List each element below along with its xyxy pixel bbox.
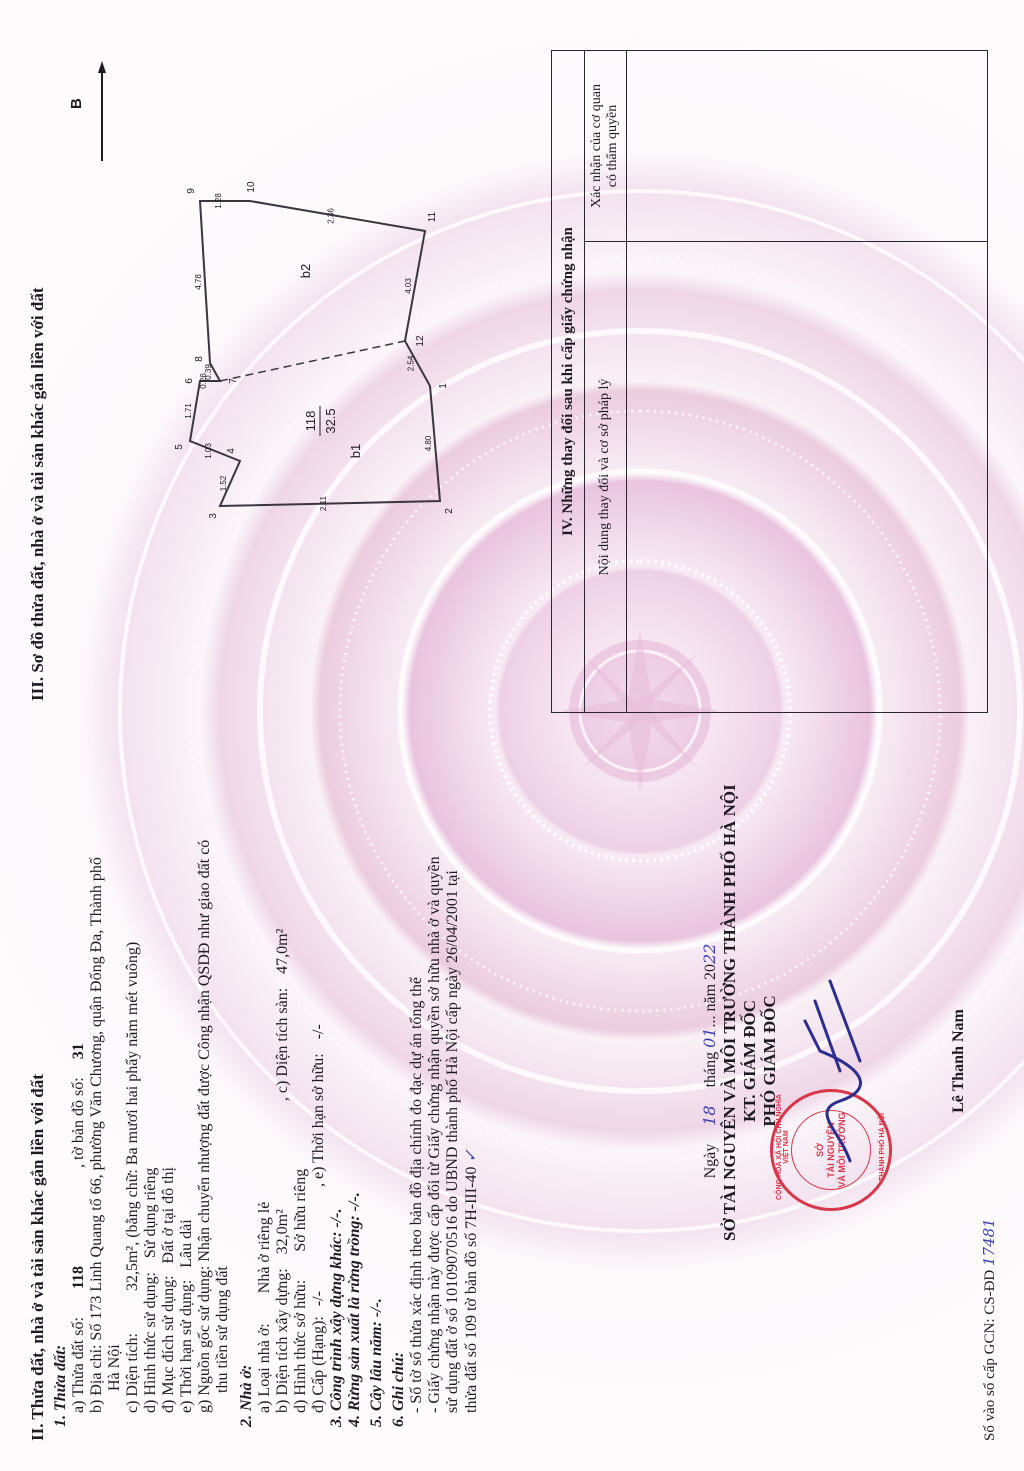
- area-value: 32,5m², (bằng chữ: Ba mươi hai phẩy năm …: [124, 942, 141, 1291]
- parcel-number-label: 118: [303, 411, 318, 432]
- block-divider: [220, 341, 405, 381]
- changes-content-cell: [626, 241, 987, 712]
- land-parcel-info: 1. Thửa đất: a) Thửa đất số: 118 , tờ bả…: [52, 840, 481, 1441]
- point-label: 11: [427, 211, 438, 222]
- edge-length: 2.36: [327, 208, 336, 224]
- other-construction: 3. Công trình xây dựng khác: -/-.: [328, 840, 346, 1441]
- notes-heading: 6. Ghi chú:: [390, 840, 408, 1441]
- changes-confirmation-cell: [626, 51, 987, 241]
- parcel-boundary: [190, 201, 440, 506]
- issuing-authority: SỞ TÀI NGUYÊN VÀ MÔI TRƯỜNG THÀNH PHỐ HÀ…: [720, 881, 740, 1241]
- edge-length: 1.52: [219, 475, 228, 491]
- point-label: 12: [415, 335, 426, 347]
- edge-length: 1.28: [214, 193, 223, 209]
- area-row: c) Diện tích: 32,5m², (bằng chữ: Ba mươi…: [124, 840, 142, 1441]
- land-heading: 1. Thửa đất:: [52, 840, 70, 1441]
- note-line: sử dụng đất ở số 10109070516 do UBND thà…: [444, 840, 462, 1441]
- ownership-row: d) Hình thức sở hữu: Sở hữu riêng: [292, 840, 310, 1441]
- edge-length: 2.54: [407, 355, 416, 371]
- point-label: 2: [444, 508, 455, 514]
- point-label: 5: [174, 444, 185, 450]
- register-number: Số vào sổ cấp GCN: CS-ĐD 17481: [980, 1218, 999, 1441]
- edge-length: 4.80: [424, 435, 433, 451]
- point-label: 6: [184, 378, 195, 384]
- edge-length: 0.39: [204, 364, 213, 380]
- address-value: Số 173 Linh Quang tổ 66, phường Văn Chươ…: [88, 857, 105, 1340]
- signature-block: Ngày 18 tháng 01... năm 2022 SỞ TÀI NGUY…: [700, 881, 780, 1241]
- on-behalf-label: KT. GIÁM ĐỐC: [740, 881, 760, 1241]
- point-label: 7: [228, 378, 239, 384]
- map-sheet-number: 31: [70, 1043, 87, 1059]
- issue-date: Ngày 18 tháng 01... năm 2022: [700, 881, 720, 1241]
- grade-row: đ) Cấp (Hạng): -/- , e) Thời hạn sở hữu:…: [310, 840, 328, 1441]
- house-type-row: a) Loại nhà ở: Nhà ở riêng lẻ: [256, 840, 274, 1441]
- column-header-confirmation: Xác nhận của cơ quan có thẩm quyền: [584, 51, 626, 241]
- point-label: 3: [208, 513, 219, 519]
- use-form-row: d) Hình thức sử dụng: Sử dụng riêng: [142, 840, 160, 1441]
- use-term-row: e) Thời hạn sử dụng: Lâu dài: [178, 840, 196, 1441]
- perennial-trees: 5. Cây lâu năm: -/-.: [368, 840, 386, 1441]
- point-label: 1: [438, 383, 449, 389]
- land-certificate-page: II. Thửa đất, nhà ở và tài sản khác gắn …: [0, 0, 1024, 1471]
- use-purpose-row: đ) Mục đích sử dụng: Đất ở tại đô thị: [160, 840, 178, 1441]
- section-iii-title: III. Sơ đồ thửa đất, nhà ở và tài sản kh…: [28, 288, 48, 702]
- parcel-number-row: a) Thửa đất số: 118 , tờ bản đồ số: 31: [70, 840, 88, 1441]
- section-iv-title: IV. Những thay đổi sau khi cấp giấy chứn…: [552, 51, 585, 712]
- edge-length: 4.78: [194, 274, 203, 290]
- built-area-row: b) Diện tích xây dựng: 32,0m² , c) Diện …: [274, 840, 292, 1441]
- house-heading: 2. Nhà ở:: [238, 840, 256, 1441]
- changes-table: IV. Những thay đổi sau khi cấp giấy chứn…: [551, 50, 988, 713]
- point-label: 4: [226, 448, 237, 454]
- edge-length: 2.11: [319, 495, 328, 511]
- note-line: - Giấy chứng nhận này được cấp đổi từ Gi…: [426, 840, 444, 1441]
- checkmark-icon: ✓: [461, 1149, 480, 1162]
- edge-length: 1.71: [184, 403, 193, 419]
- column-header-content: Nội dung thay đổi và cơ sở pháp lý: [584, 241, 626, 712]
- note-line: thửa đất số 109 tờ bản đồ số 7H-III-40 ✓: [462, 840, 481, 1441]
- edge-length: 4.03: [404, 278, 413, 294]
- section-ii-title: II. Thửa đất, nhà ở và tài sản khác gắn …: [28, 1074, 48, 1441]
- signature-icon: [780, 971, 900, 1171]
- edge-length: 1.03: [204, 443, 213, 459]
- production-forest: 4. Rừng sản xuất là rừng trồng: -/-.: [346, 840, 364, 1441]
- origin-row: g) Nguồn gốc sử dụng: Nhận chuyển nhượng…: [196, 840, 214, 1441]
- parcel-number: 118: [70, 1266, 87, 1289]
- note-line: - Số tờ số thửa xác định theo bản đồ địa…: [408, 840, 426, 1441]
- parcel-diagram: 1234567891011124.802.111.521.031.710.260…: [130, 171, 460, 531]
- signer-name: Lê Thanh Nam: [950, 881, 968, 1241]
- block-label: b2: [298, 264, 313, 278]
- address-row: b) Địa chỉ: Số 173 Linh Quang tổ 66, phư…: [88, 840, 106, 1441]
- point-label: 10: [246, 181, 257, 193]
- parcel-area-label: 32.5: [323, 408, 338, 433]
- point-label: 8: [194, 356, 205, 362]
- block-label: b1: [348, 444, 363, 458]
- north-arrow-icon: [90, 61, 114, 161]
- north-arrow: B: [90, 61, 114, 161]
- point-label: 9: [186, 188, 197, 194]
